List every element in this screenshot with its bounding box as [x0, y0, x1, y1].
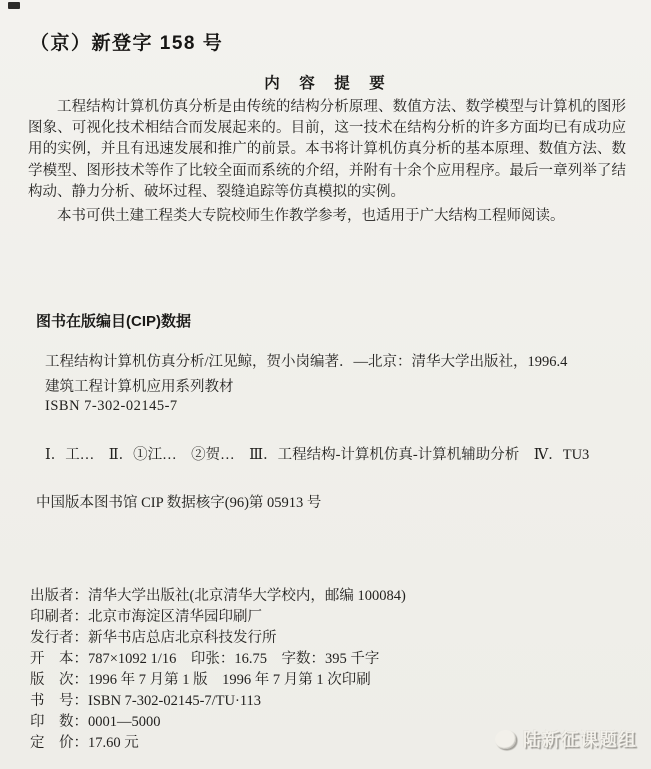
scan-artifact-corner-mark: [8, 2, 20, 9]
colophon-value: 0001—5000: [88, 712, 161, 733]
colophon-value: 清华大学出版社(北京清华大学校内，邮编 100084): [88, 586, 406, 607]
cip-record-line: 中国版本图书馆 CIP 数据核字(96)第 05913 号: [36, 491, 321, 512]
colophon-label: 定 价：: [30, 733, 88, 754]
colophon-row-book-number: 书 号： ISBN 7-302-02145-7/TU·113: [30, 691, 406, 712]
watermark: 陆新征课题组: [495, 726, 637, 752]
colophon-row-publisher: 出版者： 清华大学出版社(北京清华大学校内，邮编 100084): [30, 586, 406, 607]
colophon-row-edition: 版 次： 1996 年 7 月第 1 版 1996 年 7 月第 1 次印刷: [30, 670, 406, 691]
cip-series-line: 建筑工程计算机应用系列教材: [45, 375, 234, 396]
colophon-block: 出版者： 清华大学出版社(北京清华大学校内，邮编 100084) 印刷者： 北京…: [30, 586, 406, 754]
colophon-label: 版 次：: [30, 670, 88, 691]
colophon-row-price: 定 价： 17.60 元: [30, 733, 406, 754]
colophon-value: 北京市海淀区清华园印刷厂: [88, 607, 262, 628]
colophon-value: ISBN 7-302-02145-7/TU·113: [88, 691, 261, 712]
book-copyright-page: （京）新登字 158 号 内 容 提 要 工程结构计算机仿真分析是由传统的结构分…: [0, 0, 651, 769]
watermark-text: 陆新征课题组: [523, 726, 637, 752]
colophon-label: 印刷者：: [30, 607, 88, 628]
colophon-label: 发行者：: [30, 628, 88, 649]
cip-heading: 图书在版编目(CIP)数据: [36, 310, 191, 331]
colophon-label: 开 本：: [30, 649, 88, 670]
cip-isbn-line: ISBN 7-302-02145-7: [45, 398, 178, 415]
colophon-row-printer: 印刷者： 北京市海淀区清华园印刷厂: [30, 607, 406, 628]
colophon-row-format: 开 本： 787×1092 1/16 印张：16.75 字数：395 千字: [30, 649, 406, 670]
colophon-value: 787×1092 1/16 印张：16.75 字数：395 千字: [88, 649, 379, 670]
colophon-label: 书 号：: [30, 691, 88, 712]
colophon-label: 印 数：: [30, 712, 88, 733]
registration-number: （京）新登字 158 号: [30, 28, 223, 55]
research-group-logo-icon: [495, 730, 516, 749]
summary-body: 工程结构计算机仿真分析是由传统的结构分析原理、数值方法、数学模型与计算机的图形图…: [28, 97, 626, 227]
summary-paragraph-2: 本书可供土建工程类大专院校师生作教学参考，也适用于广大结构工程师阅读。: [28, 206, 626, 227]
summary-heading: 内 容 提 要: [0, 71, 651, 93]
colophon-value: 17.60 元: [88, 733, 139, 754]
colophon-value: 1996 年 7 月第 1 版 1996 年 7 月第 1 次印刷: [88, 670, 371, 691]
summary-paragraph-1: 工程结构计算机仿真分析是由传统的结构分析原理、数值方法、数学模型与计算机的图形图…: [28, 97, 626, 203]
cip-classification-line: Ⅰ．工… Ⅱ．①江… ②贺… Ⅲ．工程结构-计算机仿真-计算机辅助分析 Ⅳ．TU…: [45, 443, 589, 464]
colophon-row-print-run: 印 数： 0001—5000: [30, 712, 406, 733]
colophon-row-distributor: 发行者： 新华书店总店北京科技发行所: [30, 628, 406, 649]
colophon-label: 出版者：: [30, 586, 88, 607]
cip-title-line: 工程结构计算机仿真分析/江见鲸，贺小岗编著．—北京：清华大学出版社，1996.4: [45, 350, 567, 371]
colophon-value: 新华书店总店北京科技发行所: [88, 628, 277, 649]
